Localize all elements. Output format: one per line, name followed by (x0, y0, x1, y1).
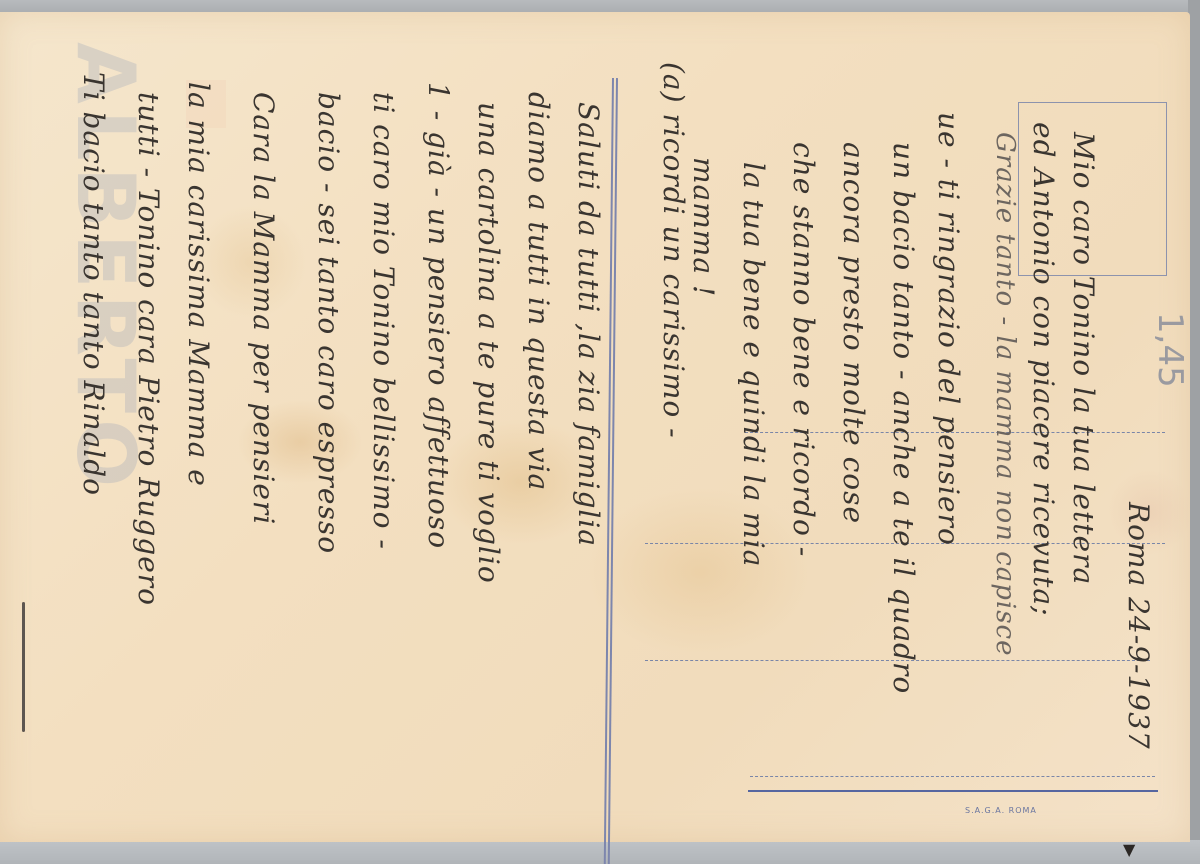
date-line: Roma 24-9-1937 (1122, 502, 1155, 750)
handwriting-line: che stanno bene e ricordo - (787, 142, 820, 557)
handwriting-line: diamo a tutti in questa via (522, 92, 555, 491)
handwriting-line: tutti - Tonino cara Pietro Ruggero (132, 92, 165, 606)
handwriting-line: Saluti da tutti ,la zia famiglia (572, 102, 605, 547)
handwriting-line: bacio - sei tanto caro espresso (312, 92, 345, 554)
handwriting-line: un bacio tanto - anche a te il quadro (887, 142, 920, 694)
pencil-note: 1,45 (1150, 312, 1190, 388)
watermark-imprint: ALBERTO (52, 42, 192, 842)
handwriting-line: Grazie tanto - la mamma non capisce (990, 132, 1020, 657)
address-line-4 (750, 776, 1155, 777)
corner-ink-mark: ▼ (1123, 840, 1139, 854)
center-divider-line (604, 78, 618, 864)
handwriting-line: la tua bene e quindi la mia (737, 162, 770, 567)
handwriting-line: una cartolina a te pure ti voglio (472, 102, 505, 584)
handwriting-line: Mio caro Tonino la tua lettera (1067, 132, 1100, 585)
scanner-background-bottom (0, 840, 1200, 864)
handwriting-line: ti caro mio Tonino bellissimo - (367, 92, 400, 550)
handwriting-line: 1 - già - un pensiero affettuoso (422, 82, 455, 549)
handwriting-line: (a) ricordi un carissimo - (657, 62, 690, 439)
postcard-back: ALBERTO S.A.G.A. ROMA 1,45 Roma 24-9-193… (0, 12, 1190, 842)
address-line-bottom-rule (748, 790, 1158, 792)
printer-credit: S.A.G.A. ROMA (965, 806, 1037, 815)
handwriting-line: ue - ti ringrazio del pensiero (932, 112, 965, 546)
margin-ink-stroke (22, 602, 25, 732)
handwriting-line: Ti bacio tanto tanto Rinaldo (77, 72, 110, 496)
handwriting-line: mamma ! (687, 157, 720, 297)
handwriting-line: Cara la Mamma per pensieri (247, 92, 280, 525)
handwriting-line: ancora presto molte cose (837, 142, 870, 524)
handwriting-line: la mia carissima Mamma e (182, 82, 215, 487)
handwriting-line: ed Antonio con piacere ricevuta; (1027, 122, 1060, 616)
